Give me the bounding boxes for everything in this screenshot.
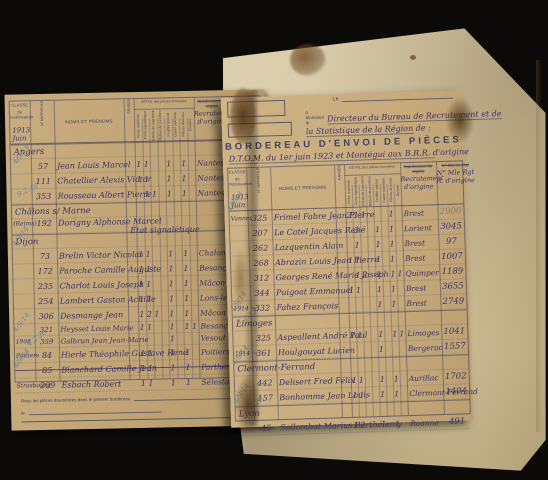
piece-count: 1: [184, 377, 192, 386]
matricule-number: 306: [34, 311, 58, 321]
header-numero-origine: N° Mle du Rgt N° Mle Rgt R. d'origine: [436, 161, 476, 204]
recruitment-origin: Brest: [404, 283, 440, 293]
name: Lambert Gaston Achille: [58, 295, 128, 305]
name: Desmange Jean: [58, 310, 128, 320]
recruitment-origin: Lorient: [402, 223, 438, 233]
detail-col-label: Fiche signalétique: [143, 111, 148, 139]
margin-label: Strasbourg: [16, 382, 36, 389]
name: Delisert Fred Félix: [277, 376, 341, 387]
matricule-number: 254: [34, 296, 58, 306]
origin-number: 491: [444, 416, 470, 427]
header-noms: NOMS ET PRÉNOMS: [270, 165, 335, 209]
gutter-shadow: [244, 90, 258, 426]
matricule-number: 73: [33, 251, 57, 261]
footer-rule: [21, 416, 263, 422]
handwritten-class-year: 1913 Juin: [12, 128, 30, 143]
addressee-handwriting-2: la Statistique de la Région de :: [306, 124, 414, 137]
name: Rousseau Albert Pierre: [56, 190, 126, 200]
matricule-number: 172: [33, 266, 57, 276]
matricule-number: 235: [33, 281, 57, 291]
page-curl-edge: [536, 60, 542, 432]
origin-number: 1041: [441, 326, 467, 337]
detail-col-label: Fiche matricule: [136, 114, 140, 138]
name: Sollombat Marius Barthélemy: [278, 421, 342, 432]
header-recrutement: Subdivision de région Recrutement d'orig…: [400, 162, 437, 205]
stamp-box-bottom: [228, 122, 292, 138]
right-bordereau-page: Le à Monsieur le Directeur du Bureau de …: [221, 90, 473, 427]
name: Bonhomme Jean Louis: [277, 391, 341, 402]
detail-col-label: Casier judiciaire: [381, 178, 386, 203]
name: Houlgouyat Lucien: [276, 346, 340, 357]
detail-col-label: Feuillet spécial: [166, 113, 170, 136]
piece-count: 2: [359, 420, 366, 429]
matricule-number: 111: [31, 176, 55, 186]
matricule-number: 84: [35, 350, 59, 360]
recruitment-origin: Bergerac: [406, 343, 442, 353]
name: Dorigny Alphonse Marcel: [56, 217, 126, 227]
piece-count: 1: [394, 419, 401, 428]
recruitment-origin: Limoges: [405, 328, 441, 338]
recruitment-origin: Brest: [403, 253, 439, 263]
origin-number: 1557: [442, 341, 468, 352]
name: Brelin Victor Nicolas: [57, 250, 127, 260]
origin-number: 2900: [437, 206, 463, 217]
detail-col-label: Fiche matricule: [346, 179, 351, 203]
name: Blanchard Camille Jean: [59, 364, 129, 374]
recruitment-origin: Roanne: [408, 418, 444, 428]
detail-col-label: Dossier: [395, 184, 399, 196]
origin-number: 3655: [440, 281, 466, 292]
name: Paroche Camille Auguste: [57, 265, 127, 275]
margin-label: (Reims): [12, 220, 32, 227]
name: Le Catel Jacques René: [272, 226, 336, 237]
matricule-number: 57: [31, 161, 55, 171]
addressee-block: à Monsieur le Directeur du Bureau de Rec…: [305, 106, 456, 138]
right-table: CLASSE de mobilisation N° MATRICULE NOMS…: [227, 160, 471, 421]
recruitment-origin: Clermont-Ferrand: [407, 388, 443, 398]
piece-count: 1: [147, 378, 155, 387]
piece-count: 1: [169, 378, 177, 387]
name: Charlot Louis Joseph: [57, 280, 127, 290]
detail-col-label: Casier judiciaire: [173, 112, 178, 137]
name: Heysset Louis Marie: [58, 324, 128, 333]
origin-number: 1189: [439, 266, 465, 277]
matricule-number: 85: [35, 365, 59, 375]
name: Aspeallent André Paul: [275, 331, 339, 342]
origin-number: 2749: [440, 296, 466, 307]
name: Fahez François: [274, 301, 338, 312]
detail-col-label: Extrait de jugement: [151, 110, 156, 140]
header-matricule: N° MATRICULE: [30, 101, 55, 143]
recruitment-origin: Quimper: [403, 268, 439, 278]
piece-count: 1: [380, 419, 387, 428]
matricule-number: 209: [36, 380, 60, 390]
matricule-number: 192: [32, 219, 56, 229]
left-receipt-footer: Reçu les pièces énumérées dans le présen…: [21, 391, 263, 422]
origin-number: 1404: [443, 386, 469, 397]
detail-col-label: Feuillet spécial: [374, 179, 379, 202]
detail-col-label: Pièces diverses: [181, 112, 186, 137]
detail-col-label: Relevé de punitions: [158, 110, 163, 140]
detail-col-label: Dossier: [188, 118, 192, 130]
name: Abrazin Louis Jean Pierre: [273, 256, 337, 267]
recruitment-origin: Brest: [402, 238, 438, 248]
origin-number: 1007: [439, 251, 465, 262]
detail-col-label: Extrait de jugement: [360, 176, 365, 206]
margin-label: [236, 428, 254, 429]
name: Puigoat Emmanuel: [274, 286, 338, 297]
detail-col-label: Relevé de punitions: [367, 176, 372, 206]
detail-col-label: Fiche signalétique: [353, 177, 358, 205]
origin-number: 1702: [443, 371, 469, 382]
recruitment-origin: Aurillac: [407, 373, 443, 383]
scanned-register-spread: 11 CLASSE de mobilisation N° MATRICULE N…: [0, 0, 548, 480]
name: Jean Louis Marcel: [55, 160, 125, 170]
name: Lazquentin Alain: [272, 241, 336, 252]
matricule-number: 353: [32, 191, 56, 201]
date-line: [29, 406, 163, 416]
name: Galbrun Jean Jean-Marie: [59, 336, 129, 345]
matricule-number: 359: [35, 337, 59, 346]
origin-number: 97: [438, 236, 464, 247]
place-date-line: Le: [333, 93, 453, 103]
name: Esbach Robert: [59, 379, 129, 389]
pencil-page-number: 11: [240, 14, 254, 27]
recruitment-origin: Brest: [401, 208, 437, 218]
margin-label: 1908: [15, 338, 35, 345]
receipt-text: Reçu les pièces énumérées dans le présen…: [21, 396, 130, 403]
matricule-number: 321: [34, 325, 58, 334]
name: Georges René Marie Joseph: [273, 271, 337, 282]
header-noms: NOMS ET PRÉNOMS: [54, 99, 125, 142]
name: Hierle Théophile Gustave René: [59, 349, 129, 359]
origin-number: 3045: [438, 221, 464, 232]
margin-label: Poitiers: [15, 352, 35, 359]
name: Chatellier Alexis Victor: [55, 175, 125, 185]
le-label: le: [21, 410, 25, 415]
name: Frimel Fabre Jean Pierre: [272, 211, 336, 222]
detail-col-label: Pièces diverses: [388, 178, 393, 203]
recruitment-origin: Brest: [404, 298, 440, 308]
